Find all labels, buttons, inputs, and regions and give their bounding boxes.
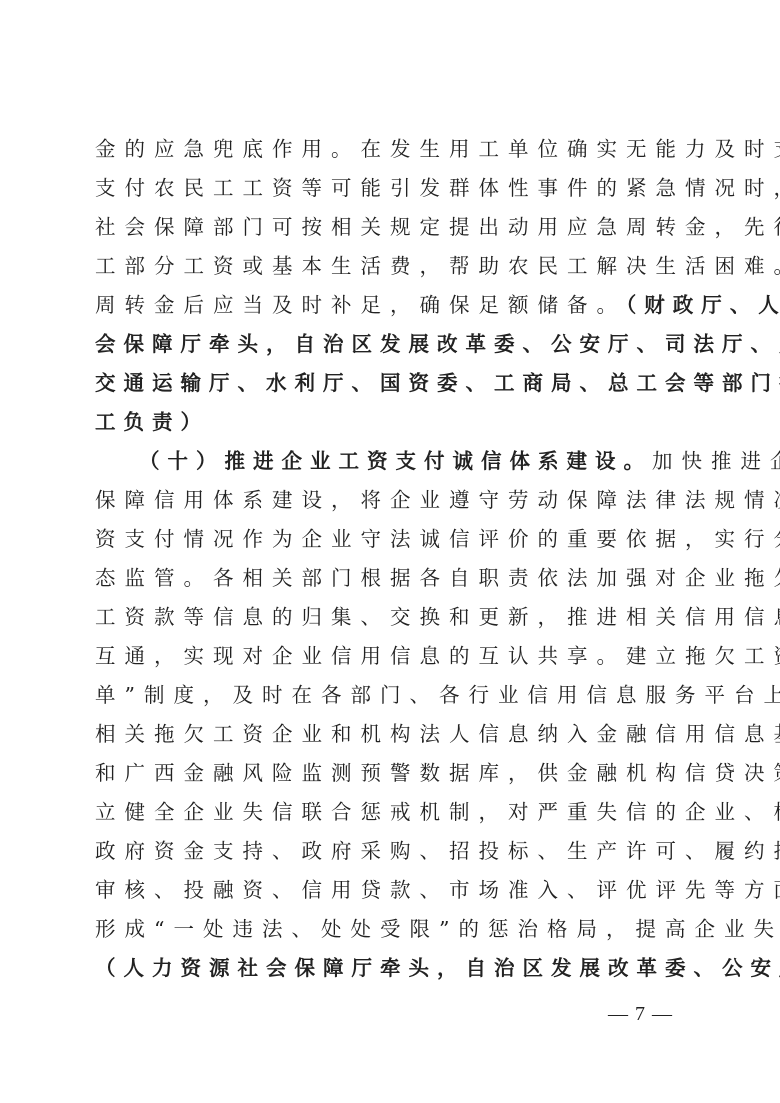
text-line: 支付农民工工资等可能引发群体性事件的紧急情况时，人力资源: [95, 169, 687, 208]
bold-text-segment: （财政厅、人力资源社: [626, 293, 780, 317]
text-segment: 相关拖欠工资企业和机构法人信息纳入金融信用信息基础数据库: [95, 722, 780, 746]
text-segment: 态监管。各相关部门根据各自职责依法加强对企业拖欠工程款、: [95, 566, 780, 590]
text-line: 单”制度，及时在各部门、各行业信用信息服务平台上公示，并将: [95, 676, 687, 715]
text-line: 金的应急兜底作用。在发生用工单位确实无能力及时支付、逃避: [95, 130, 687, 169]
text-line: 政府资金支持、政府采购、招投标、生产许可、履约担保、资质: [95, 832, 687, 871]
text-line: 会保障厅牵头，自治区发展改革委、公安厅、司法厅、财政厅、: [95, 325, 687, 364]
bold-text-segment: （人力资源社会保障厅牵头，自治区发展改革委、公安厅、司法: [95, 956, 780, 980]
text-line: 审核、投融资、信用贷款、市场准入、评优评先等方面予以限制，: [95, 871, 687, 910]
text-segment: 审核、投融资、信用贷款、市场准入、评优评先等方面予以限制，: [95, 878, 780, 902]
text-segment: 周转金后应当及时补足，确保足额储备。: [95, 293, 626, 317]
text-line: （人力资源社会保障厅牵头，自治区发展改革委、公安厅、司法: [95, 949, 687, 988]
text-line: 工负责）: [95, 403, 687, 442]
text-line: 形成“一处违法、处处受限”的惩治格局，提高企业失信违法成本。: [95, 910, 687, 949]
text-line: 相关拖欠工资企业和机构法人信息纳入金融信用信息基础数据库: [95, 715, 687, 754]
text-segment: 立健全企业失信联合惩戒机制，对严重失信的企业、机构法人在: [95, 800, 780, 824]
text-segment: 工资款等信息的归集、交换和更新，推进相关信用信息系统互联: [95, 605, 780, 629]
text-line: 工部分工资或基本生活费，帮助农民工解决生活困难。动用应急: [95, 247, 687, 286]
text-line: 互通，实现对企业信用信息的互认共享。建立拖欠工资企业“黑名: [95, 637, 687, 676]
bold-text-segment: 交通运输厅、水利厅、国资委、工商局、总工会等部门按职责分: [95, 371, 780, 395]
text-segment: 形成“一处违法、处处受限”的惩治格局，提高企业失信违法成本。: [95, 917, 780, 941]
text-line: 周转金后应当及时补足，确保足额储备。（财政厅、人力资源社: [95, 286, 687, 325]
text-line: 资支付情况作为企业守法诚信评价的重要依据，实行分类分级动: [95, 520, 687, 559]
text-segment: 工部分工资或基本生活费，帮助农民工解决生活困难。动用应急: [95, 254, 780, 278]
text-line: 工资款等信息的归集、交换和更新，推进相关信用信息系统互联: [95, 598, 687, 637]
text-segment: 金的应急兜底作用。在发生用工单位确实无能力及时支付、逃避: [95, 137, 780, 161]
text-segment: 支付农民工工资等可能引发群体性事件的紧急情况时，人力资源: [95, 176, 780, 200]
text-segment: 和广西金融风险监测预警数据库，供金融机构信贷决策参考。建: [95, 761, 780, 785]
text-line: 社会保障部门可按相关规定提出动用应急周转金，先行垫付农民: [95, 208, 687, 247]
text-segment: 政府资金支持、政府采购、招投标、生产许可、履约担保、资质: [95, 839, 780, 863]
text-segment: 保障信用体系建设，将企业遵守劳动保障法律法规情况特别是工: [95, 488, 780, 512]
text-segment: 单”制度，及时在各部门、各行业信用信息服务平台上公示，并将: [95, 683, 780, 707]
bold-text-segment: （十）推进企业工资支付诚信体系建设。: [139, 449, 652, 473]
document-page: 金的应急兜底作用。在发生用工单位确实无能力及时支付、逃避支付农民工工资等可能引发…: [0, 0, 780, 1103]
text-line: 立健全企业失信联合惩戒机制，对严重失信的企业、机构法人在: [95, 793, 687, 832]
text-line: 和广西金融风险监测预警数据库，供金融机构信贷决策参考。建: [95, 754, 687, 793]
bold-text-segment: 会保障厅牵头，自治区发展改革委、公安厅、司法厅、财政厅、: [95, 332, 780, 356]
body-text: 金的应急兜底作用。在发生用工单位确实无能力及时支付、逃避支付农民工工资等可能引发…: [95, 130, 687, 988]
text-segment: 资支付情况作为企业守法诚信评价的重要依据，实行分类分级动: [95, 527, 780, 551]
text-line: 交通运输厅、水利厅、国资委、工商局、总工会等部门按职责分: [95, 364, 687, 403]
text-line: 保障信用体系建设，将企业遵守劳动保障法律法规情况特别是工: [95, 481, 687, 520]
text-line: （十）推进企业工资支付诚信体系建设。加快推进企业劳动: [95, 442, 687, 481]
text-line: 态监管。各相关部门根据各自职责依法加强对企业拖欠工程款、: [95, 559, 687, 598]
page-number: — 7 —: [608, 1003, 673, 1026]
text-segment: 加快推进企业劳动: [652, 449, 780, 473]
text-segment: 社会保障部门可按相关规定提出动用应急周转金，先行垫付农民: [95, 215, 780, 239]
bold-text-segment: 工负责）: [95, 410, 209, 434]
text-segment: 互通，实现对企业信用信息的互认共享。建立拖欠工资企业“黑名: [95, 644, 780, 668]
